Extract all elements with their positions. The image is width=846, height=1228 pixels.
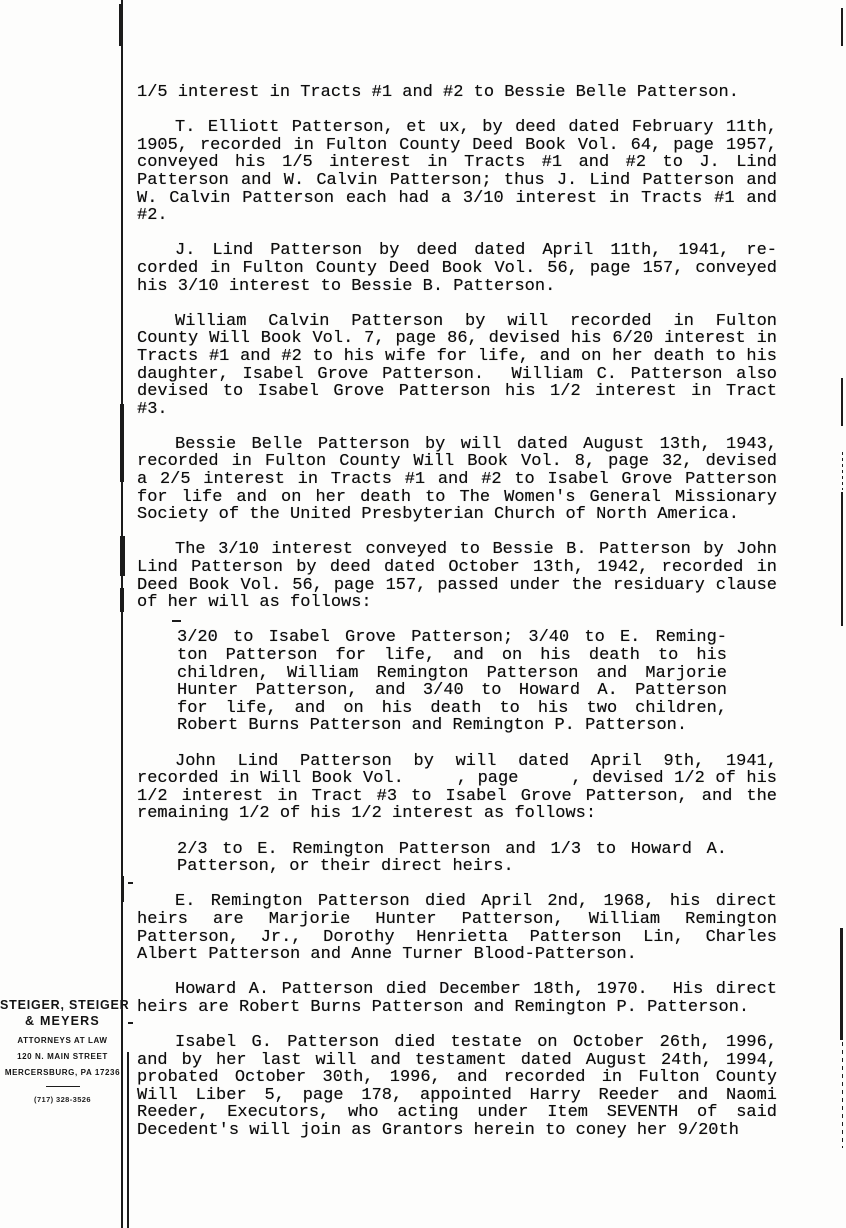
text-line: Reeder, Executors, who acting under Item… [137, 1104, 777, 1122]
right-edge-mark [842, 452, 843, 490]
text-line: Albert Patterson and Anne Turner Blood-P… [137, 946, 777, 964]
text-line: The 3/10 interest conveyed to Bessie B. … [137, 541, 777, 559]
scan-artifact [121, 876, 124, 902]
right-edge-mark [841, 8, 843, 46]
text-line: J. Lind Patterson by deed dated April 11… [137, 242, 777, 260]
right-edge-mark [841, 378, 843, 426]
text-line: 1/2 interest in Tract #3 to Isabel Grove… [137, 788, 777, 806]
text-line: children, William Remington Patterson an… [177, 665, 727, 683]
text-line: Howard A. Patterson died December 18th, … [137, 981, 777, 999]
text-line: Patterson, or their direct heirs. [177, 858, 727, 876]
blockquote-paragraph: 3/20 to Isabel Grove Patterson; 3/40 to … [177, 629, 727, 735]
scan-artifact [120, 588, 124, 612]
right-edge-mark [841, 492, 843, 626]
text-line: devised to Isabel Grove Patterson his 1/… [137, 383, 777, 401]
text-line: Society of the United Presbyterian Churc… [137, 506, 777, 524]
letterhead-address-city: MERCERSBURG, PA 17236 [0, 1068, 125, 1077]
text-line: for life, and on his death to his two ch… [177, 700, 727, 718]
text-line: John Lind Patterson by will dated April … [137, 753, 777, 771]
letterhead-phone: (717) 328-3526 [0, 1095, 125, 1104]
text-line: for life and on her death to The Women's… [137, 489, 777, 507]
text-line: #2. [137, 207, 777, 225]
text-line: Patterson, Jr., Dorothy Henrietta Patter… [137, 929, 777, 947]
paragraph: John Lind Patterson by will dated April … [137, 753, 777, 823]
scan-artifact [120, 536, 125, 576]
paragraph: 1/5 interest in Tracts #1 and #2 to Bess… [137, 84, 777, 102]
text-line: Isabel G. Patterson died testate on Octo… [137, 1034, 777, 1052]
text-line: recorded in Fulton County Will Book Vol.… [137, 453, 777, 471]
text-line: Deed Book Vol. 56, page 157, passed unde… [137, 577, 777, 595]
text-line: heirs are Robert Burns Patterson and Rem… [137, 999, 777, 1017]
text-line: 2/3 to E. Remington Patterson and 1/3 to… [177, 841, 727, 859]
paragraph: Howard A. Patterson died December 18th, … [137, 981, 777, 1016]
paragraph: T. Elliott Patterson, et ux, by deed dat… [137, 119, 777, 225]
text-line: 1/5 interest in Tracts #1 and #2 to Bess… [137, 84, 777, 102]
paragraph: Isabel G. Patterson died testate on Octo… [137, 1034, 777, 1140]
text-line: probated October 30th, 1996, and recorde… [137, 1069, 777, 1087]
letterhead: STEIGER, STEIGER & MEYERS ATTORNEYS AT L… [0, 997, 125, 1104]
text-line: E. Remington Patterson died April 2nd, 1… [137, 893, 777, 911]
text-line: conveyed his 1/5 interest in Tracts #1 a… [137, 154, 777, 172]
text-line: Lind Patterson by deed dated October 13t… [137, 559, 777, 577]
scan-artifact [119, 4, 123, 46]
paragraph: The 3/10 interest conveyed to Bessie B. … [137, 541, 777, 611]
text-line: 3/20 to Isabel Grove Patterson; 3/40 to … [177, 629, 727, 647]
letterhead-divider [46, 1086, 80, 1087]
text-line: of her will as follows: [137, 594, 777, 612]
text-line: #3. [137, 401, 777, 419]
text-line: T. Elliott Patterson, et ux, by deed dat… [137, 119, 777, 137]
paragraph: Bessie Belle Patterson by will dated Aug… [137, 436, 777, 524]
stray-mark [128, 1022, 133, 1024]
letterhead-firm-name-line1: STEIGER, STEIGER [0, 997, 125, 1014]
scan-artifact [120, 404, 124, 482]
paragraph: J. Lind Patterson by deed dated April 11… [137, 242, 777, 295]
letterhead-title: ATTORNEYS AT LAW [0, 1036, 125, 1045]
stray-mark [128, 882, 133, 884]
text-line: Tracts #1 and #2 to his wife for life, a… [137, 348, 777, 366]
left-margin-rule-double [127, 1052, 129, 1228]
letterhead-firm-name-line2: & MEYERS [0, 1014, 125, 1029]
text-line: William Calvin Patterson by will recorde… [137, 313, 777, 331]
text-line: Patterson and W. Calvin Patterson; thus … [137, 172, 777, 190]
text-line: a 2/5 interest in Tracts #1 and #2 to Is… [137, 471, 777, 489]
blockquote-paragraph: 2/3 to E. Remington Patterson and 1/3 to… [177, 841, 727, 876]
text-line: remaining 1/2 of his 1/2 interest as fol… [137, 805, 777, 823]
right-edge-mark [840, 928, 843, 1040]
text-line: Will Liber 5, page 178, appointed Harry … [137, 1087, 777, 1105]
text-line: recorded in Will Book Vol. , page , devi… [137, 770, 777, 788]
text-line: 1905, recorded in Fulton County Deed Boo… [137, 137, 777, 155]
text-line: ton Patterson for life, and on his death… [177, 647, 727, 665]
text-line: and by her last will and testament dated… [137, 1052, 777, 1070]
right-edge-mark [842, 1042, 843, 1148]
text-line: corded in Fulton County Deed Book Vol. 5… [137, 260, 777, 278]
text-line: his 3/10 interest to Bessie B. Patterson… [137, 278, 777, 296]
text-line: Hunter Patterson, and 3/40 to Howard A. … [177, 682, 727, 700]
text-line: Robert Burns Patterson and Remington P. … [177, 717, 727, 735]
text-line: Bessie Belle Patterson by will dated Aug… [137, 436, 777, 454]
text-line: heirs are Marjorie Hunter Patterson, Wil… [137, 911, 777, 929]
text-column: 1/5 interest in Tracts #1 and #2 to Bess… [137, 84, 777, 1157]
text-line: daughter, Isabel Grove Patterson. Willia… [137, 366, 777, 384]
text-line: County Will Book Vol. 7, page 86, devise… [137, 330, 777, 348]
paragraph: William Calvin Patterson by will recorde… [137, 313, 777, 419]
text-line: Decedent's will join as Grantors herein … [137, 1122, 777, 1140]
letterhead-address-street: 120 N. MAIN STREET [0, 1052, 125, 1061]
scanned-document-page: STEIGER, STEIGER & MEYERS ATTORNEYS AT L… [0, 0, 846, 1228]
paragraph: E. Remington Patterson died April 2nd, 1… [137, 893, 777, 963]
text-line: W. Calvin Patterson each had a 3/10 inte… [137, 190, 777, 208]
